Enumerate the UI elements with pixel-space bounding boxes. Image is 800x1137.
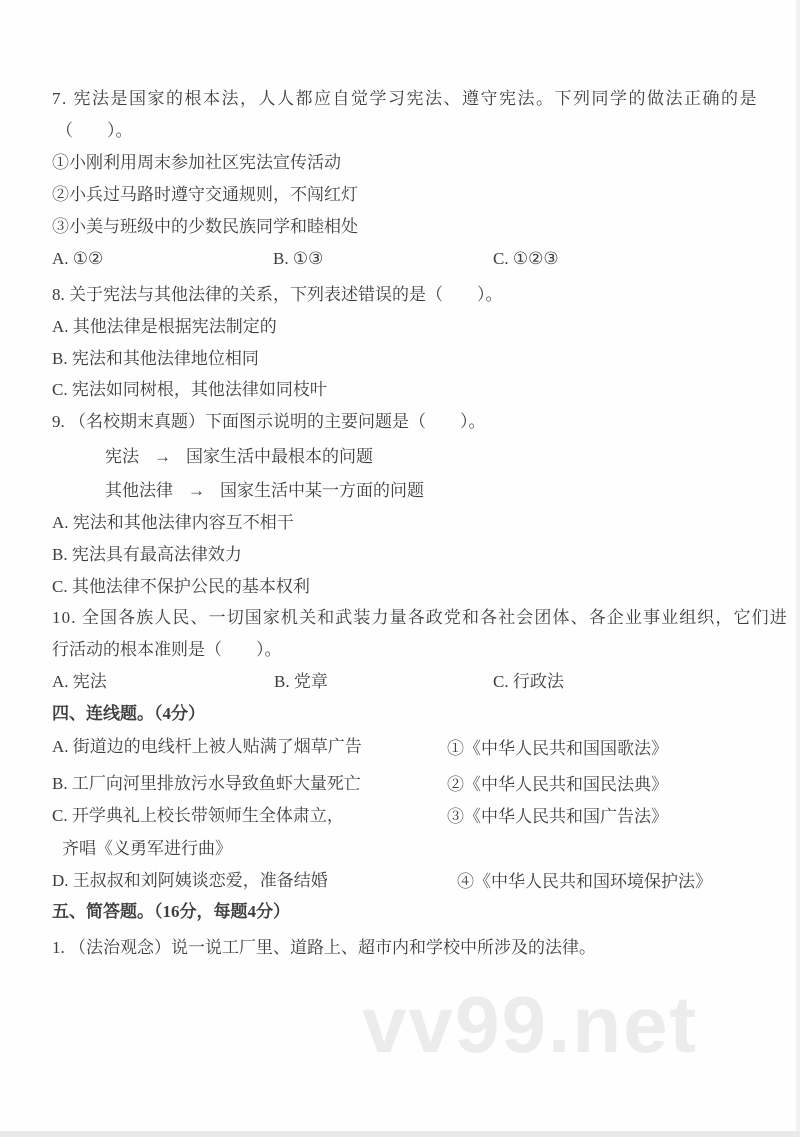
q7-item-2: ②小兵过马路时遵守交通规则，不闯红灯: [52, 184, 358, 205]
exam-paper-page: vv99.net 7. 宪法是国家的根本法，人人都应自觉学习宪法、遵守宪法。下列…: [0, 0, 800, 1137]
watermark: vv99.net: [362, 985, 698, 1065]
q8-option-c: C. 宪法如同树根，其他法律如同枝叶: [52, 379, 327, 400]
q7-option-a: A. ①②: [52, 248, 103, 269]
q7-stem-line2: （ ）。: [56, 120, 133, 141]
diagram-desc: 国家生活中最根本的问题: [186, 447, 373, 466]
q9-stem: 9. （名校期末真题）下面图示说明的主要问题是（ ）。: [52, 411, 486, 432]
q7-option-b: B. ①③: [273, 248, 323, 269]
arrow-right-icon: →: [188, 480, 205, 501]
section4-left-b: B. 工厂向河里排放污水导致鱼虾大量死亡: [52, 773, 361, 794]
section4-left-c-cont: 齐唱《义勇军进行曲》: [62, 838, 232, 859]
q10-option-b: B. 党章: [274, 671, 328, 692]
q9-diagram-row-2: 其他法律→国家生活中某一方面的问题: [105, 480, 424, 501]
section4-left-d: D. 王叔叔和刘阿姨谈恋爱，准备结婚: [52, 870, 328, 891]
q7-item-1: ①小刚利用周末参加社区宪法宣传活动: [52, 152, 341, 173]
section5-title: 五、简答题。（16分，每题4分）: [52, 901, 290, 922]
q8-stem: 8. 关于宪法与其他法律的关系，下列表述错误的是（ ）。: [52, 284, 503, 305]
q10-stem-line1: 10. 全国各族人民、一切国家机关和武装力量各政党和各社会团体、各企业事业组织，…: [52, 607, 788, 628]
section4-right-2: ②《中华人民共和国民法典》: [447, 774, 668, 795]
diagram-term: 宪法: [105, 447, 139, 466]
section4-right-3: ③《中华人民共和国广告法》: [447, 806, 668, 827]
section5-q1: 1. （法治观念）说一说工厂里、道路上、超市内和学校中所涉及的法律。: [52, 937, 596, 958]
section4-title: 四、连线题。（4分）: [52, 703, 205, 724]
q10-option-c: C. 行政法: [493, 671, 564, 692]
q8-option-a: A. 其他法律是根据宪法制定的: [52, 316, 277, 337]
page-edge-bottom: [0, 1131, 800, 1137]
section4-left-a: A. 街道边的电线杆上被人贴满了烟草广告: [52, 736, 362, 757]
q10-option-a: A. 宪法: [52, 671, 107, 692]
q10-stem-line2: 行活动的根本准则是（ ）。: [52, 639, 282, 660]
q7-stem-line1: 7. 宪法是国家的根本法，人人都应自觉学习宪法、遵守宪法。下列同学的做法正确的是: [52, 88, 758, 109]
q9-option-b: B. 宪法具有最高法律效力: [52, 544, 242, 565]
q9-option-c: C. 其他法律不保护公民的基本权利: [52, 576, 310, 597]
q7-item-3: ③小美与班级中的少数民族同学和睦相处: [52, 216, 358, 237]
q7-option-c: C. ①②③: [493, 248, 559, 269]
page-edge-right: [796, 0, 800, 1137]
section4-right-1: ①《中华人民共和国国歌法》: [447, 738, 668, 759]
section4-right-4: ④《中华人民共和国环境保护法》: [457, 871, 712, 892]
section4-left-c: C. 开学典礼上校长带领师生全体肃立，: [52, 805, 344, 826]
diagram-desc: 国家生活中某一方面的问题: [220, 481, 424, 500]
q9-option-a: A. 宪法和其他法律内容互不相干: [52, 512, 294, 533]
diagram-term: 其他法律: [105, 481, 173, 500]
q8-option-b: B. 宪法和其他法律地位相同: [52, 348, 259, 369]
arrow-right-icon: →: [154, 446, 171, 467]
q9-diagram-row-1: 宪法→国家生活中最根本的问题: [105, 446, 373, 467]
